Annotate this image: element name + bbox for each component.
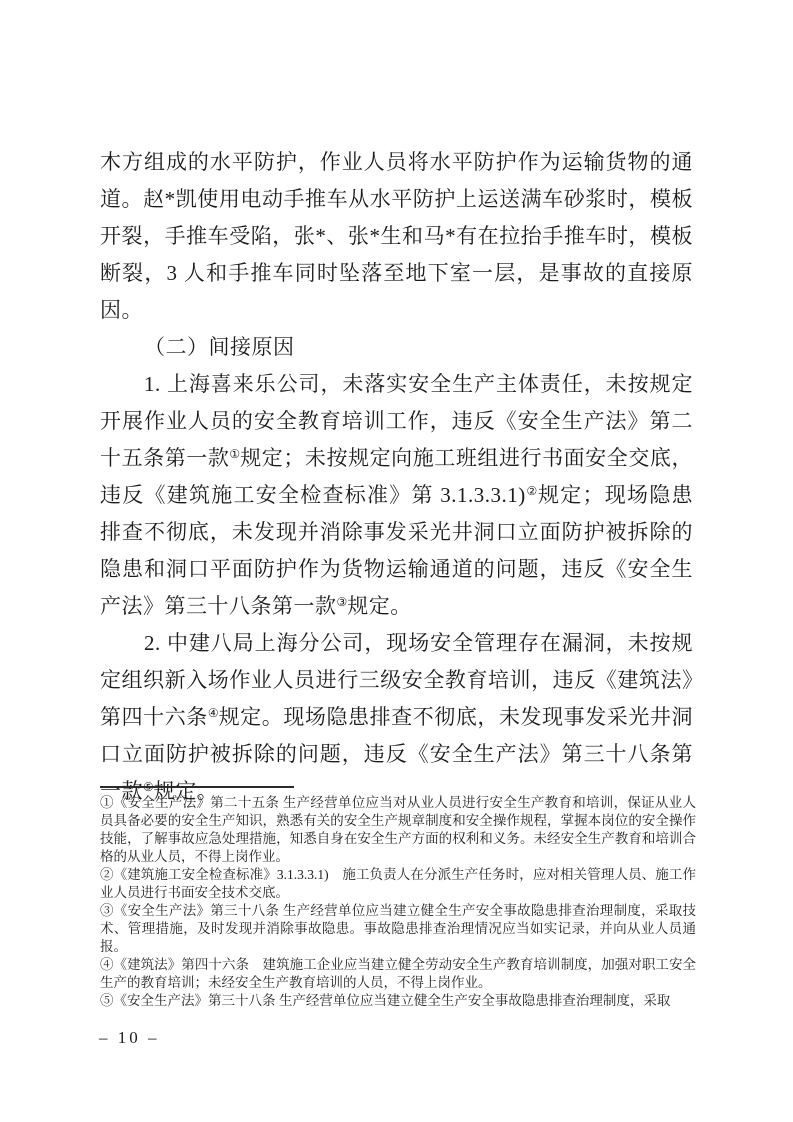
footnote-item-1: ①《安全生产法》第二十五条 生产经营单位应当对从业人员进行安全生产教育和培训，保… xyxy=(100,794,696,866)
document-page: 木方组成的水平防护，作业人员将水平防护作为运输货物的通道。赵*凯使用电动手推车从… xyxy=(0,0,793,1122)
footnote-ref-2: ② xyxy=(526,484,538,498)
paragraph-direct-cause-continuation: 木方组成的水平防护，作业人员将水平防护作为运输货物的通道。赵*凯使用电动手推车从… xyxy=(100,144,693,329)
page-number: – 10 – xyxy=(99,1028,160,1048)
footnote-ref-3: ③ xyxy=(337,595,348,609)
paragraph-item-2-cscec-8th-bureau: 2. 中建八局上海分公司，现场安全管理存在漏洞，未按规定组织新入场作业人员进行三… xyxy=(100,625,693,810)
footnote-item-4: ④《建筑法》第四十六条 建筑施工企业应当建立健全劳动安全生产教育培训制度，加强对… xyxy=(100,956,696,992)
paragraph-item-1-shanghai-xilaile: 1. 上海喜来乐公司，未落实安全生产主体责任，未按规定开展作业人员的安全教育培训… xyxy=(100,366,693,625)
footnote-ref-1: ① xyxy=(229,447,240,461)
footnote-item-2: ②《建筑施工安全检查标准》3.1.3.3.1) 施工负责人在分派生产任务时，应对… xyxy=(100,866,696,902)
footnote-ref-4: ④ xyxy=(208,706,219,720)
footnote-item-3: ③《安全生产法》第三十八条 生产经营单位应当建立健全生产安全事故隐患排查治理制度… xyxy=(100,902,696,956)
text-run: 规定。 xyxy=(347,594,412,618)
body-text: 木方组成的水平防护，作业人员将水平防护作为运输货物的通道。赵*凯使用电动手推车从… xyxy=(100,144,693,810)
footnote-item-5: ⑤《安全生产法》第三十八条 生产经营单位应当建立健全生产安全事故隐患排查治理制度… xyxy=(100,992,696,1010)
section-heading-indirect-causes: （二）间接原因 xyxy=(100,329,693,366)
footnote-separator xyxy=(100,786,294,788)
footnotes-section: ①《安全生产法》第二十五条 生产经营单位应当对从业人员进行安全生产教育和培训，保… xyxy=(100,794,696,1010)
